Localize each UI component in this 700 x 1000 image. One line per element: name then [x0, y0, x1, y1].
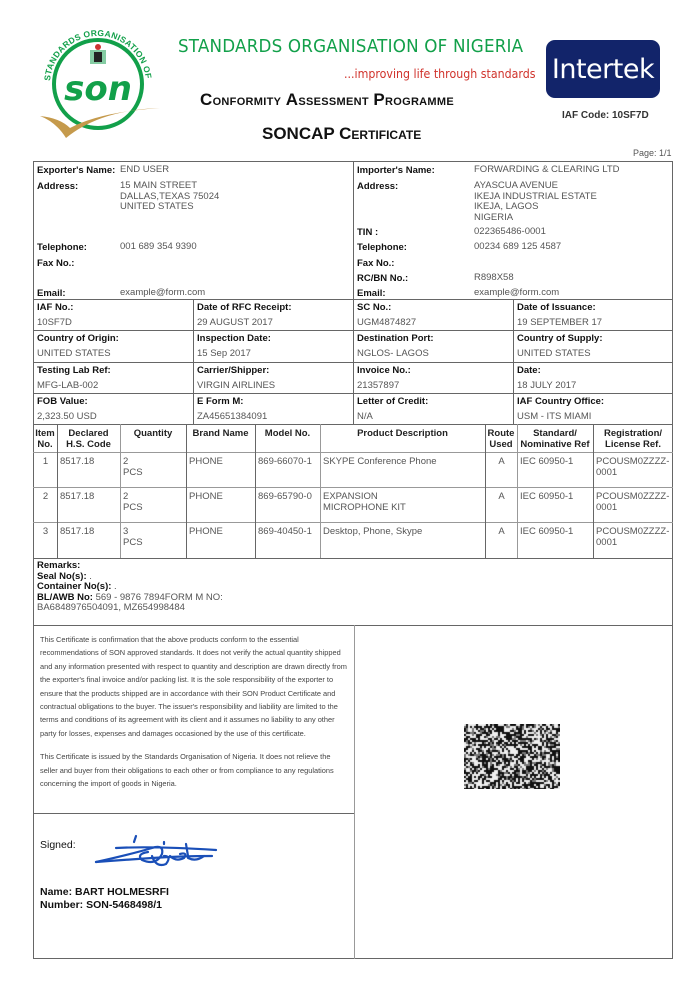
disclaimer-paragraph-1: This Certificate is confirmation that th… — [40, 633, 350, 740]
certificate-title: SONCAP Certificate — [262, 124, 421, 144]
programme-title: Conformity Assessment Programme — [200, 90, 454, 110]
table-cell: 3 PCS — [123, 526, 184, 548]
exporter-telephone-label: Telephone: — [37, 242, 87, 253]
importer-telephone-label: Telephone: — [357, 242, 407, 253]
detail-label: Country of Origin: — [37, 333, 119, 344]
detail-label: IAF No.: — [37, 302, 73, 313]
detail-label: Letter of Credit: — [357, 396, 428, 407]
table-cell: PCOUSM0ZZZZ- 0001 — [596, 526, 671, 548]
importer-email: example@form.com — [474, 288, 559, 299]
signed-label: Signed: — [40, 839, 76, 851]
exporter-address-label: Address: — [37, 181, 78, 192]
detail-value: VIRGIN AIRLINES — [197, 381, 275, 392]
table-cell: 8517.18 — [60, 526, 118, 537]
importer-name: FORWARDING & CLEARING LTD — [474, 165, 620, 176]
importer-address: AYASCUA AVENUE IKEJA INDUSTRIAL ESTATE I… — [474, 181, 597, 223]
table-cell: EXPANSION MICROPHONE KIT — [323, 491, 483, 513]
detail-label: IAF Country Office: — [517, 396, 604, 407]
detail-label: Date: — [517, 365, 541, 376]
remarks-label: Remarks: — [37, 560, 80, 571]
importer-telephone: 00234 689 125 4587 — [474, 242, 561, 253]
table-cell: 2 PCS — [123, 456, 184, 478]
table-cell: IEC 60950-1 — [520, 456, 591, 467]
signature-image — [92, 826, 222, 876]
detail-label: Invoice No.: — [357, 365, 411, 376]
detail-label: FOB Value: — [37, 396, 88, 407]
table-header: Registration/ License Ref. — [593, 428, 673, 450]
detail-value: 29 AUGUST 2017 — [197, 318, 273, 329]
exporter-fax-label: Fax No.: — [37, 258, 74, 269]
detail-label: SC No.: — [357, 302, 391, 313]
exporter-name: END USER — [120, 165, 169, 176]
detail-value: UNITED STATES — [37, 349, 111, 360]
seal-label: Seal No(s): — [37, 571, 87, 582]
importer-tin-label: TIN : — [357, 227, 378, 238]
blawb-value: 569 - 9876 7894FORM M NO: — [93, 592, 223, 603]
detail-value: 15 Sep 2017 — [197, 349, 251, 360]
table-header: Quantity — [120, 428, 186, 439]
table-cell: IEC 60950-1 — [520, 526, 591, 537]
importer-rcbn-label: RC/BN No.: — [357, 273, 408, 284]
detail-label: Inspection Date: — [197, 333, 271, 344]
table-cell: Desktop, Phone, Skype — [323, 526, 483, 537]
remarks-block: Remarks: Seal No(s): . Container No(s): … — [37, 561, 223, 614]
detail-value: 18 JULY 2017 — [517, 381, 576, 392]
seal-value: . — [87, 571, 92, 582]
detail-label: Country of Supply: — [517, 333, 603, 344]
detail-value: 19 SEPTEMBER 17 — [517, 318, 602, 329]
table-cell: 869-65790-0 — [258, 491, 318, 502]
detail-value: NGLOS- LAGOS — [357, 349, 429, 360]
table-cell: 869-40450-1 — [258, 526, 318, 537]
signatory-name: Name: BART HOLMESRFI — [40, 886, 169, 899]
iaf-code: IAF Code: 10SF7D — [562, 110, 649, 121]
table-cell: PHONE — [189, 456, 253, 467]
importer-name-label: Importer's Name: — [357, 165, 435, 176]
detail-value: USM - ITS MIAMI — [517, 412, 591, 423]
table-header: Route Used — [485, 428, 517, 450]
table-header: Brand Name — [186, 428, 255, 439]
detail-label: Carrier/Shipper: — [197, 365, 269, 376]
container-value: . — [111, 581, 116, 592]
detail-label: Date of Issuance: — [517, 302, 596, 313]
table-header: Product Description — [320, 428, 485, 439]
importer-rcbn: R898X58 — [474, 273, 514, 284]
detail-value: UNITED STATES — [517, 349, 591, 360]
table-cell: PCOUSM0ZZZZ- 0001 — [596, 456, 671, 478]
table-cell: PHONE — [189, 526, 253, 537]
table-cell: PHONE — [189, 491, 253, 502]
importer-address-label: Address: — [357, 181, 398, 192]
table-cell: IEC 60950-1 — [520, 491, 591, 502]
table-cell: 8517.18 — [60, 456, 118, 467]
table-cell: A — [488, 456, 515, 467]
signatory-block: Name: BART HOLMESRFI Number: SON-5468498… — [40, 886, 169, 912]
table-header: Standard/ Nominative Ref — [517, 428, 593, 450]
table-cell: 8517.18 — [60, 491, 118, 502]
container-label: Container No(s): — [37, 581, 111, 592]
table-header: Model No. — [255, 428, 320, 439]
exporter-telephone: 001 689 354 9390 — [120, 242, 197, 253]
detail-label: E Form M: — [197, 396, 243, 407]
table-cell: PCOUSM0ZZZZ- 0001 — [596, 491, 671, 513]
exporter-email: example@form.com — [120, 288, 205, 299]
table-header: Item No. — [33, 428, 57, 450]
detail-value: UGM4874827 — [357, 318, 416, 329]
organisation-name: STANDARDS ORGANISATION OF NIGERIA — [178, 36, 523, 57]
blawb-label: BL/AWB No: — [37, 592, 93, 603]
son-logo: STANDARDS ORGANISATION OF NIGERIA son — [30, 14, 168, 142]
disclaimer-paragraph-2: This Certificate is issued by the Standa… — [40, 750, 350, 790]
importer-fax-label: Fax No.: — [357, 258, 394, 269]
table-cell: 869-66070-1 — [258, 456, 318, 467]
page-number: Page: 1/1 — [633, 148, 672, 158]
table-header: Declared H.S. Code — [57, 428, 120, 450]
exporter-email-label: Email: — [37, 288, 66, 299]
detail-label: Destination Port: — [357, 333, 434, 344]
signatory-number: Number: SON-5468498/1 — [40, 899, 169, 912]
detail-value: ZA45651384091 — [197, 412, 267, 423]
detail-value: 2,323.50 USD — [37, 412, 97, 423]
table-cell: SKYPE Conference Phone — [323, 456, 483, 467]
detail-value: MFG-LAB-002 — [37, 381, 98, 392]
svg-text:son: son — [64, 69, 132, 109]
table-cell: 2 PCS — [123, 491, 184, 513]
importer-tin: 022365486-0001 — [474, 227, 546, 238]
2d-barcode — [464, 724, 560, 789]
table-cell: A — [488, 526, 515, 537]
exporter-name-label: Exporter's Name: — [37, 165, 115, 176]
table-cell: 2 — [36, 491, 55, 502]
table-cell: 1 — [36, 456, 55, 467]
intertek-logo: Intertek — [546, 40, 660, 98]
blawb-value-continued: BA6848976504091, MZ654998484 — [37, 603, 223, 614]
table-cell: 3 — [36, 526, 55, 537]
tagline: ...improving life through standards — [344, 67, 535, 81]
detail-value: 21357897 — [357, 381, 399, 392]
disclaimer: This Certificate is confirmation that th… — [40, 633, 350, 800]
importer-email-label: Email: — [357, 288, 386, 299]
detail-label: Testing Lab Ref: — [37, 365, 111, 376]
exporter-address: 15 MAIN STREET DALLAS,TEXAS 75024 UNITED… — [120, 181, 219, 213]
detail-value: N/A — [357, 412, 373, 423]
detail-value: 10SF7D — [37, 318, 72, 329]
detail-label: Date of RFC Receipt: — [197, 302, 291, 313]
table-cell: A — [488, 491, 515, 502]
